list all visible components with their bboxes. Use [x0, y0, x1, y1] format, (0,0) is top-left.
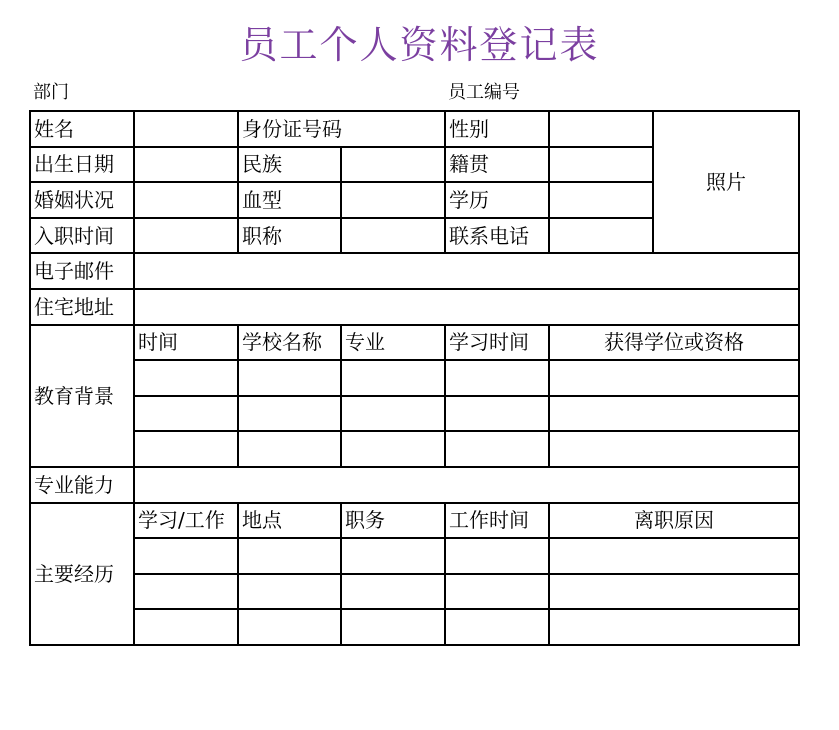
edu-school-field[interactable]: [238, 360, 341, 396]
exp-col-type: 学习/工作: [134, 503, 238, 539]
education-row: [30, 431, 799, 467]
exp-location-field[interactable]: [238, 574, 341, 610]
phone-field[interactable]: [549, 218, 653, 254]
skills-field[interactable]: [134, 467, 799, 503]
job-title-label: 职称: [238, 218, 341, 254]
email-field[interactable]: [134, 253, 799, 289]
edu-duration-field[interactable]: [445, 360, 549, 396]
exp-col-position: 职务: [341, 503, 445, 539]
employee-form-table: 姓名 身份证号码 性别 照片 出生日期 民族 籍贯 婚姻状况 血型 学历 入职时…: [29, 110, 800, 646]
exp-position-field[interactable]: [341, 574, 445, 610]
exp-duration-field[interactable]: [445, 538, 549, 574]
edu-degree-field[interactable]: [549, 396, 799, 432]
education-field[interactable]: [549, 182, 653, 218]
exp-type-field[interactable]: [134, 609, 238, 645]
ethnicity-label: 民族: [238, 147, 341, 183]
phone-label: 联系电话: [445, 218, 549, 254]
birth-date-label: 出生日期: [30, 147, 134, 183]
employee-id-label: 员工编号: [448, 78, 520, 104]
edu-col-duration: 学习时间: [445, 325, 549, 361]
skills-label: 专业能力: [30, 467, 134, 503]
edu-col-time: 时间: [134, 325, 238, 361]
blood-type-field[interactable]: [341, 182, 445, 218]
email-label: 电子邮件: [30, 253, 134, 289]
address-field[interactable]: [134, 289, 799, 325]
edu-col-major: 专业: [341, 325, 445, 361]
edu-time-field[interactable]: [134, 396, 238, 432]
exp-type-field[interactable]: [134, 574, 238, 610]
id-number-label: 身份证号码: [238, 111, 445, 147]
exp-col-duration: 工作时间: [445, 503, 549, 539]
birth-date-field[interactable]: [134, 147, 238, 183]
exp-duration-field[interactable]: [445, 609, 549, 645]
exp-position-field[interactable]: [341, 609, 445, 645]
experience-row: [30, 538, 799, 574]
experience-section-label: 主要经历: [30, 503, 134, 645]
exp-position-field[interactable]: [341, 538, 445, 574]
marital-status-label: 婚姻状况: [30, 182, 134, 218]
education-row: [30, 396, 799, 432]
edu-school-field[interactable]: [238, 396, 341, 432]
marital-status-field[interactable]: [134, 182, 238, 218]
exp-col-reason: 离职原因: [549, 503, 799, 539]
edu-major-field[interactable]: [341, 396, 445, 432]
edu-major-field[interactable]: [341, 431, 445, 467]
hire-date-field[interactable]: [134, 218, 238, 254]
exp-reason-field[interactable]: [549, 609, 799, 645]
gender-label: 性别: [445, 111, 549, 147]
exp-reason-field[interactable]: [549, 574, 799, 610]
edu-duration-field[interactable]: [445, 431, 549, 467]
edu-degree-field[interactable]: [549, 360, 799, 396]
edu-degree-field[interactable]: [549, 431, 799, 467]
page-title: 员工个人资料登记表: [0, 14, 839, 69]
education-row: [30, 360, 799, 396]
edu-col-school: 学校名称: [238, 325, 341, 361]
edu-school-field[interactable]: [238, 431, 341, 467]
exp-col-location: 地点: [238, 503, 341, 539]
edu-major-field[interactable]: [341, 360, 445, 396]
edu-col-degree: 获得学位或资格: [549, 325, 799, 361]
native-place-field[interactable]: [549, 147, 653, 183]
experience-row: [30, 609, 799, 645]
gender-field[interactable]: [549, 111, 653, 147]
edu-time-field[interactable]: [134, 360, 238, 396]
exp-type-field[interactable]: [134, 538, 238, 574]
exp-reason-field[interactable]: [549, 538, 799, 574]
exp-duration-field[interactable]: [445, 574, 549, 610]
ethnicity-field[interactable]: [341, 147, 445, 183]
education-label: 学历: [445, 182, 549, 218]
education-section-label: 教育背景: [30, 325, 134, 467]
experience-row: [30, 574, 799, 610]
exp-location-field[interactable]: [238, 609, 341, 645]
edu-time-field[interactable]: [134, 431, 238, 467]
blood-type-label: 血型: [238, 182, 341, 218]
department-label: 部门: [33, 78, 69, 104]
photo-box[interactable]: 照片: [653, 111, 799, 253]
name-field[interactable]: [134, 111, 238, 147]
job-title-field[interactable]: [341, 218, 445, 254]
edu-duration-field[interactable]: [445, 396, 549, 432]
exp-location-field[interactable]: [238, 538, 341, 574]
native-place-label: 籍贯: [445, 147, 549, 183]
hire-date-label: 入职时间: [30, 218, 134, 254]
address-label: 住宅地址: [30, 289, 134, 325]
name-label: 姓名: [30, 111, 134, 147]
